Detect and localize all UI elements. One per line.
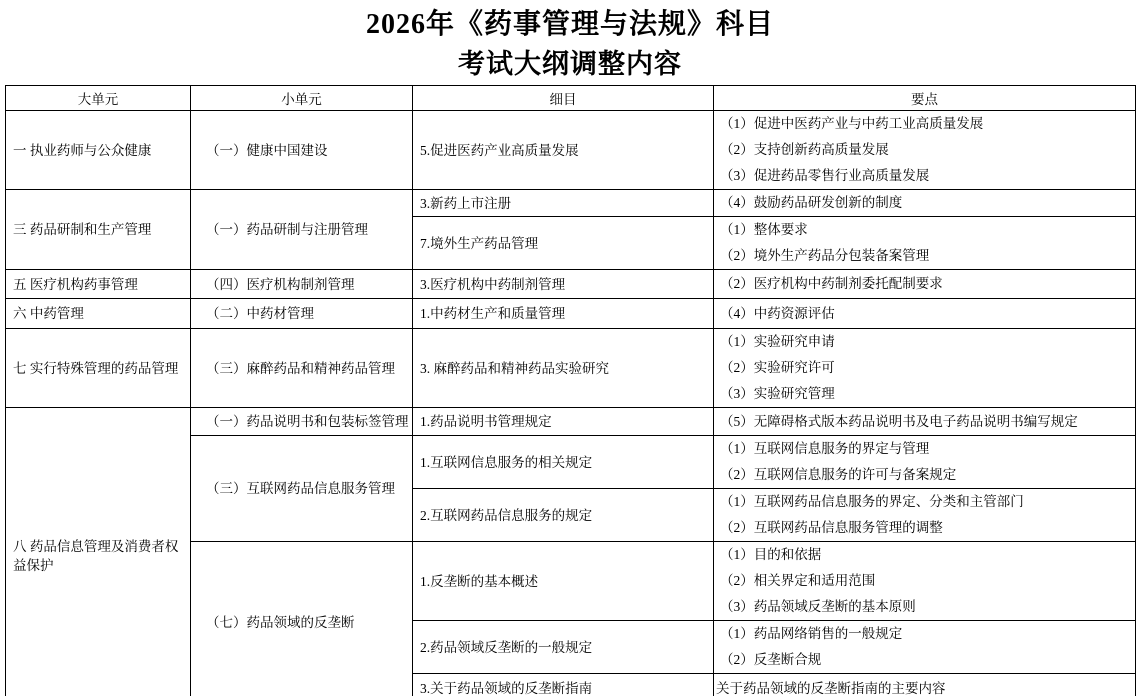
- point-item: （2）互联网信息服务的许可与备案规定: [720, 462, 1135, 488]
- table-row: 七 实行特殊管理的药品管理 （三）麻醉药品和精神药品管理 3. 麻醉药品和精神药…: [6, 329, 1136, 408]
- subunit-cell: （七）药品领域的反垄断: [191, 542, 413, 696]
- subunit-text: （三）互联网药品信息服务管理: [206, 479, 412, 498]
- detail-text: 2.药品领域反垄断的一般规定: [420, 638, 713, 657]
- point-item: 关于药品领域的反垄断指南的主要内容: [716, 676, 1135, 696]
- header-row: 大单元 小单元 细目 要点: [6, 86, 1136, 111]
- point-item: （1）互联网药品信息服务的界定、分类和主管部门: [720, 489, 1135, 515]
- subunit-text: （七）药品领域的反垄断: [206, 613, 412, 632]
- points-cell: （4）鼓励药品研发创新的制度: [714, 190, 1136, 217]
- detail-text: 1.互联网信息服务的相关规定: [420, 453, 713, 472]
- detail-cell: 3. 麻醉药品和精神药品实验研究: [413, 329, 714, 408]
- point-item: （3）药品领域反垄断的基本原则: [720, 594, 1135, 620]
- syllabus-adjustment-table: 大单元 小单元 细目 要点 一 执业药师与公众健康 （一）健康中国建设 5.促进…: [5, 85, 1136, 696]
- table-row: 六 中药管理 （二）中药材管理 1.中药材生产和质量管理 （4）中药资源评估: [6, 299, 1136, 329]
- title-line-1: 2026年《药事管理与法规》科目: [0, 5, 1140, 45]
- point-item: （3）促进药品零售行业高质量发展: [720, 163, 1135, 189]
- detail-text: 1.药品说明书管理规定: [420, 412, 713, 431]
- point-item: （1）互联网信息服务的界定与管理: [720, 436, 1135, 462]
- detail-cell: 1.药品说明书管理规定: [413, 408, 714, 436]
- points-cell: （5）无障碍格式版本药品说明书及电子药品说明书编写规定: [714, 408, 1136, 436]
- points-cell: 关于药品领域的反垄断指南的主要内容: [714, 674, 1136, 696]
- point-item: （2）反垄断合规: [720, 647, 1135, 673]
- detail-text: 1.反垄断的基本概述: [420, 572, 713, 591]
- col-header-detail: 细目: [413, 86, 714, 111]
- points-cell: （2）医疗机构中药制剂委托配制要求: [714, 270, 1136, 299]
- page-title: 2026年《药事管理与法规》科目 考试大纲调整内容: [0, 0, 1140, 83]
- subunit-cell: （四）医疗机构制剂管理: [191, 270, 413, 299]
- points-cell: （1）整体要求 （2）境外生产药品分包装备案管理: [714, 217, 1136, 270]
- col-header-keypoints: 要点: [714, 86, 1136, 111]
- subunit-text: （三）麻醉药品和精神药品管理: [206, 359, 412, 378]
- detail-text: 3.医疗机构中药制剂管理: [420, 275, 713, 294]
- unit-text: 一 执业药师与公众健康: [13, 141, 190, 160]
- detail-text: 3.关于药品领域的反垄断指南: [420, 679, 713, 696]
- point-item: （2）相关界定和适用范围: [720, 568, 1135, 594]
- detail-cell: 1.反垄断的基本概述: [413, 542, 714, 621]
- subunit-cell: （一）健康中国建设: [191, 111, 413, 190]
- point-item: （4）中药资源评估: [720, 301, 1135, 327]
- detail-cell: 1.中药材生产和质量管理: [413, 299, 714, 329]
- detail-cell: 2.互联网药品信息服务的规定: [413, 489, 714, 542]
- point-item: （1）整体要求: [720, 217, 1135, 243]
- unit-text: 七 实行特殊管理的药品管理: [13, 359, 190, 378]
- subunit-cell: （一）药品研制与注册管理: [191, 190, 413, 270]
- points-cell: （1）实验研究申请 （2）实验研究许可 （3）实验研究管理: [714, 329, 1136, 408]
- col-header-major-unit: 大单元: [6, 86, 191, 111]
- subunit-cell: （二）中药材管理: [191, 299, 413, 329]
- detail-text: 5.促进医药产业高质量发展: [420, 141, 713, 160]
- points-cell: （1）目的和依据 （2）相关界定和适用范围 （3）药品领域反垄断的基本原则: [714, 542, 1136, 621]
- point-item: （1）药品网络销售的一般规定: [720, 621, 1135, 647]
- detail-cell: 3.关于药品领域的反垄断指南: [413, 674, 714, 696]
- subunit-cell: （三）麻醉药品和精神药品管理: [191, 329, 413, 408]
- table-row: 三 药品研制和生产管理 （一）药品研制与注册管理 3.新药上市注册 （4）鼓励药…: [6, 190, 1136, 217]
- point-item: （3）实验研究管理: [720, 381, 1135, 407]
- subunit-cell: （三）互联网药品信息服务管理: [191, 436, 413, 542]
- table-row: 一 执业药师与公众健康 （一）健康中国建设 5.促进医药产业高质量发展 （1）促…: [6, 111, 1136, 190]
- point-item: （4）鼓励药品研发创新的制度: [720, 190, 1135, 216]
- detail-cell: 3.医疗机构中药制剂管理: [413, 270, 714, 299]
- col-header-minor-unit: 小单元: [191, 86, 413, 111]
- point-item: （2）支持创新药高质量发展: [720, 137, 1135, 163]
- unit-text: 五 医疗机构药事管理: [13, 275, 190, 294]
- point-item: （2）互联网药品信息服务管理的调整: [720, 515, 1135, 541]
- point-item: （5）无障碍格式版本药品说明书及电子药品说明书编写规定: [720, 409, 1135, 435]
- unit-cell: 七 实行特殊管理的药品管理: [6, 329, 191, 408]
- unit-cell: 五 医疗机构药事管理: [6, 270, 191, 299]
- unit-text: 三 药品研制和生产管理: [13, 220, 190, 239]
- points-cell: （1）促进中医药产业与中药工业高质量发展 （2）支持创新药高质量发展 （3）促进…: [714, 111, 1136, 190]
- detail-cell: 5.促进医药产业高质量发展: [413, 111, 714, 190]
- point-item: （2）境外生产药品分包装备案管理: [720, 243, 1135, 269]
- subunit-text: （一）药品研制与注册管理: [206, 220, 412, 239]
- unit-cell: 六 中药管理: [6, 299, 191, 329]
- subunit-text: （一）药品说明书和包装标签管理: [206, 412, 412, 431]
- detail-text: 2.互联网药品信息服务的规定: [420, 506, 713, 525]
- detail-cell: 7.境外生产药品管理: [413, 217, 714, 270]
- detail-text: 1.中药材生产和质量管理: [420, 304, 713, 323]
- table-row: 五 医疗机构药事管理 （四）医疗机构制剂管理 3.医疗机构中药制剂管理 （2）医…: [6, 270, 1136, 299]
- unit-text: 八 药品信息管理及消费者权益保护: [13, 537, 190, 575]
- point-item: （1）目的和依据: [720, 542, 1135, 568]
- unit-cell: 三 药品研制和生产管理: [6, 190, 191, 270]
- points-cell: （1）互联网信息服务的界定与管理 （2）互联网信息服务的许可与备案规定: [714, 436, 1136, 489]
- title-line-2: 考试大纲调整内容: [0, 45, 1140, 83]
- unit-cell: 一 执业药师与公众健康: [6, 111, 191, 190]
- points-cell: （1）药品网络销售的一般规定 （2）反垄断合规: [714, 621, 1136, 674]
- detail-text: 3. 麻醉药品和精神药品实验研究: [420, 359, 713, 378]
- point-item: （2）医疗机构中药制剂委托配制要求: [720, 271, 1135, 297]
- points-cell: （4）中药资源评估: [714, 299, 1136, 329]
- table-row: 八 药品信息管理及消费者权益保护 （一）药品说明书和包装标签管理 1.药品说明书…: [6, 408, 1136, 436]
- subunit-text: （一）健康中国建设: [206, 141, 412, 160]
- point-item: （1）促进中医药产业与中药工业高质量发展: [720, 111, 1135, 137]
- unit-text: 六 中药管理: [13, 304, 190, 323]
- detail-cell: 3.新药上市注册: [413, 190, 714, 217]
- point-item: （2）实验研究许可: [720, 355, 1135, 381]
- unit-cell: 八 药品信息管理及消费者权益保护: [6, 408, 191, 696]
- points-cell: （1）互联网药品信息服务的界定、分类和主管部门 （2）互联网药品信息服务管理的调…: [714, 489, 1136, 542]
- point-item: （1）实验研究申请: [720, 329, 1135, 355]
- detail-text: 7.境外生产药品管理: [420, 234, 713, 253]
- detail-cell: 1.互联网信息服务的相关规定: [413, 436, 714, 489]
- detail-text: 3.新药上市注册: [420, 194, 713, 213]
- subunit-text: （二）中药材管理: [206, 304, 412, 323]
- detail-cell: 2.药品领域反垄断的一般规定: [413, 621, 714, 674]
- subunit-cell: （一）药品说明书和包装标签管理: [191, 408, 413, 436]
- subunit-text: （四）医疗机构制剂管理: [206, 275, 412, 294]
